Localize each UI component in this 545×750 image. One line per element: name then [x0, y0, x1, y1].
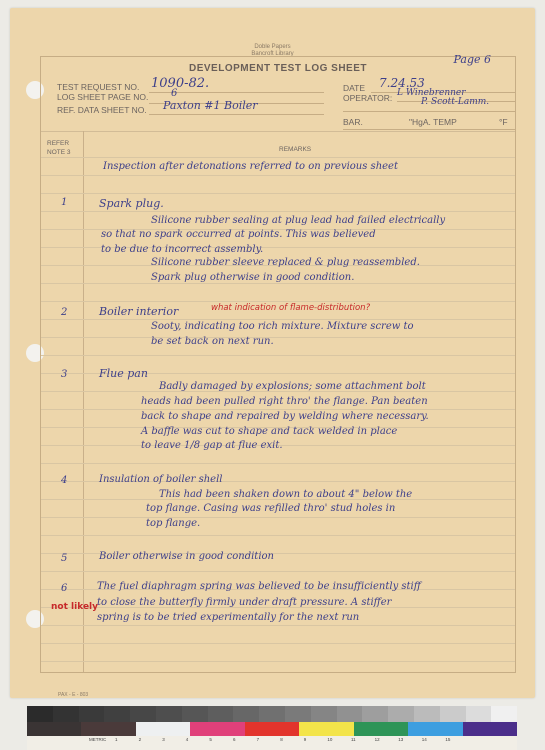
- ruler-tick: 12: [375, 737, 380, 742]
- operator-label: OPERATOR:: [343, 93, 392, 103]
- log-sheet-paper: Doble Papers Bancroft Library DEVELOPMEN…: [10, 8, 535, 698]
- hga-temp-label: "HgA. TEMP: [409, 117, 457, 127]
- remark-line: Sooty, indicating too rich mixture. Mixt…: [151, 321, 414, 332]
- color-patch: [190, 722, 244, 736]
- color-patch: [463, 722, 517, 736]
- ruler-tick: 13: [398, 737, 403, 742]
- gray-step: [259, 706, 285, 722]
- gray-step: [311, 706, 337, 722]
- remark-line: Silicone rubber sealing at plug lead had…: [151, 215, 445, 226]
- remark-heading: Boiler otherwise in good condition: [99, 551, 274, 562]
- ruler-label: METRIC: [89, 737, 106, 742]
- refer-label: REFER: [47, 139, 70, 148]
- remark-line: heads had been pulled right thro' the fl…: [141, 396, 428, 407]
- gray-step: [79, 706, 105, 722]
- ruler-tick: 7: [257, 737, 260, 742]
- test-request-value: 1090-82.: [151, 76, 209, 91]
- remark-line: A baffle was cut to shape and tack welde…: [141, 426, 397, 437]
- gray-step: [362, 706, 388, 722]
- color-patch: [408, 722, 462, 736]
- remark-line: to be due to incorrect assembly.: [101, 244, 263, 255]
- remark-intro: Inspection after detonations referred to…: [103, 161, 398, 172]
- gray-step: [156, 706, 182, 722]
- remark-heading: Spark plug.: [99, 197, 164, 210]
- color-patch: [245, 722, 299, 736]
- ruler-tick: 5: [209, 737, 212, 742]
- note-label: NOTE 3: [47, 148, 70, 157]
- ruler-tick: 9: [304, 737, 307, 742]
- remark-line: The fuel diaphragm spring was believed t…: [97, 581, 421, 592]
- ruler-tick: 11: [351, 737, 356, 742]
- metric-ruler: METRIC 123456789101112131415: [27, 736, 517, 750]
- color-patch: [354, 722, 408, 736]
- log-sheet-page-value: 6: [171, 88, 177, 99]
- date-label: DATE: [343, 83, 365, 93]
- ruler-tick: 2: [139, 737, 142, 742]
- ruler-tick: 14: [422, 737, 427, 742]
- ruler-tick: 10: [327, 737, 332, 742]
- deg-f-label: °F: [499, 117, 508, 127]
- margin-annotation: not likely: [51, 602, 98, 612]
- gray-step: [491, 706, 517, 722]
- ref-data-sheet-label: REF. DATA SHEET NO.: [57, 105, 147, 115]
- gray-step: [130, 706, 156, 722]
- gray-step: [104, 706, 130, 722]
- remark-heading: Flue pan: [99, 367, 148, 380]
- gray-step: [440, 706, 466, 722]
- note-number: 4: [61, 475, 67, 486]
- archive-stamp-line: Doble Papers: [10, 44, 535, 51]
- page-annotation: Page 6: [453, 53, 491, 66]
- remark-line: to leave 1/8 gap at flue exit.: [141, 440, 283, 451]
- ruler-tick: 6: [233, 737, 236, 742]
- remark-line: Silicone rubber sleeve replaced & plug r…: [151, 257, 420, 268]
- gray-step: [233, 706, 259, 722]
- gray-step: [208, 706, 234, 722]
- remark-line: Spark plug otherwise in good condition.: [151, 272, 354, 283]
- remark-line: Badly damaged by explosions; some attach…: [159, 381, 426, 392]
- refer-note-header: REFER NOTE 3: [47, 139, 70, 157]
- gray-step: [337, 706, 363, 722]
- color-patch: [299, 722, 353, 736]
- gray-step: [182, 706, 208, 722]
- color-patch: [27, 722, 81, 736]
- remark-line: spring is to be tried experimentally for…: [97, 612, 359, 623]
- log-form: DEVELOPMENT TEST LOG SHEET Page 6 TEST R…: [40, 56, 516, 673]
- note-number: 6: [61, 583, 67, 594]
- note-number: 2: [61, 307, 67, 318]
- bar-label: BAR.: [343, 117, 363, 127]
- note-number: 1: [61, 197, 67, 208]
- note-number: 5: [61, 553, 67, 564]
- remark-line: be set back on next run.: [151, 336, 274, 347]
- gray-step: [285, 706, 311, 722]
- form-title: DEVELOPMENT TEST LOG SHEET: [41, 63, 515, 74]
- gray-step: [27, 706, 53, 722]
- remark-heading: Insulation of boiler shell: [99, 474, 222, 485]
- form-number: PAX - E - 803: [58, 692, 88, 698]
- log-sheet-page-label: LOG SHEET PAGE NO.: [57, 92, 148, 102]
- remark-line: so that no spark occurred at points. Thi…: [101, 229, 376, 240]
- ruler-tick: 3: [162, 737, 165, 742]
- remarks-header: REMARKS: [279, 145, 311, 154]
- color-patch-strip: [27, 722, 517, 736]
- note-number: 3: [61, 369, 67, 380]
- ref-data-sheet-value: Paxton #1 Boiler: [163, 99, 258, 112]
- remark-line: top flange. Casing was refilled thro' st…: [146, 503, 395, 514]
- remark-heading: Boiler interior: [99, 305, 178, 318]
- remark-line: top flange.: [146, 518, 200, 529]
- operator-value-2: P. Scott-Lamm.: [421, 97, 489, 107]
- remark-line: This had been shaken down to about 4" be…: [159, 489, 412, 500]
- remark-line: back to shape and repaired by welding wh…: [141, 411, 429, 422]
- ruler-tick: 1: [115, 737, 118, 742]
- gray-step: [466, 706, 492, 722]
- gray-step: [414, 706, 440, 722]
- color-calibration-target: METRIC 123456789101112131415: [27, 706, 517, 750]
- color-patch: [136, 722, 190, 736]
- ruler-tick: 8: [280, 737, 283, 742]
- ruler-tick: 4: [186, 737, 189, 742]
- remark-line: to close the butterfly firmly under draf…: [97, 597, 391, 608]
- test-request-label: TEST REQUEST NO.: [57, 82, 139, 92]
- gray-step: [388, 706, 414, 722]
- color-patch: [81, 722, 135, 736]
- gray-step: [53, 706, 79, 722]
- review-annotation: what indication of flame-distribution?: [211, 303, 370, 313]
- ruler-tick: 15: [445, 737, 450, 742]
- grayscale-strip: [27, 706, 517, 722]
